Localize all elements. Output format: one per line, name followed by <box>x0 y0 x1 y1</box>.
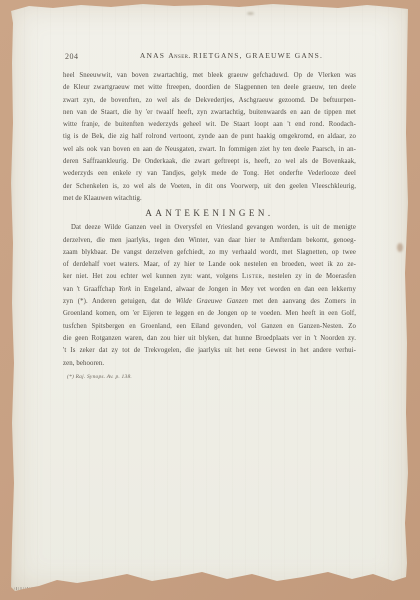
section-heading: AANTEKENINGEN. <box>63 207 356 219</box>
text-line: deren Saffraankleurig. De Onderkaak, die… <box>63 156 356 168</box>
text-line: derzelven, die men jaarlyks, tegen den W… <box>63 235 356 247</box>
text-line: van 't Graaffchap York in Engeland, alwa… <box>63 284 356 296</box>
text-line: Groenland komen, om 'er Eijeren te legge… <box>63 308 356 320</box>
text-line: tusfchen Spitsbergen en Groenland, een E… <box>63 321 356 333</box>
text-line: tig is de Bek, die zig half rolrond vert… <box>63 131 356 143</box>
text-line: nen van de Staart, die hy 'er twaalf hee… <box>63 107 356 119</box>
page-paper: 204 ANAS Anser. RIETGANS, GRAEUWE GANS. … <box>11 3 408 591</box>
text-line: de Kleur zwartgraeuw met witte ftreepen,… <box>63 82 356 94</box>
text-line: zen, behooren. <box>63 358 356 370</box>
scan-edge-marking <box>14 587 92 590</box>
text-line: wel als ook van boven en aan de Neusgate… <box>63 144 356 156</box>
text-line: Dat deeze Wilde Ganzen veel in Overysfel… <box>63 222 356 234</box>
page-number: 204 <box>65 51 79 63</box>
paragraph-description: heel Sneeuwwit, van boven zwartachtig, m… <box>63 70 356 205</box>
text-line: die geen Rotganzen waren, dan zou hier u… <box>63 333 356 345</box>
text-line: 't Is zeker dat zy tot de Trekvogelen, d… <box>63 345 356 357</box>
scan-backdrop: { "colors": {"backdrop": "#c8a184", "pap… <box>0 0 420 600</box>
footnote: (*) Raj. Synops. Av. p. 138. <box>63 374 356 380</box>
text-line: zaam blykbaar. De vangst derzelven gefch… <box>63 247 356 259</box>
text-line: ker niet. Het zou echter wel kunnen zyn:… <box>63 271 356 283</box>
stain-spot <box>247 12 254 15</box>
header-title: ANAS Anser. RIETGANS, GRAEUWE GANS. <box>107 50 356 62</box>
body-text: 204 ANAS Anser. RIETGANS, GRAEUWE GANS. … <box>63 50 356 380</box>
text-line: zwart zyn, de bovenften, zo wel als de D… <box>63 95 356 107</box>
text-line: zyn (*). Anderen getuigen, dat de Wilde … <box>63 296 356 308</box>
stain-spot <box>397 243 403 252</box>
text-line: heel Sneeuwwit, van boven zwartachtig, m… <box>63 70 356 82</box>
text-line: der Schenkelen is, zo wel als de Voeten,… <box>63 181 356 193</box>
text-line: wederzyds een enkele ry van Tandjes, gel… <box>63 168 356 180</box>
text-line: witte franje, de buitenften wederzyds ge… <box>63 119 356 131</box>
text-line: met de Klaauwen witachtig. <box>63 193 356 205</box>
running-header: 204 ANAS Anser. RIETGANS, GRAEUWE GANS. <box>63 50 356 62</box>
paragraph-annotations: Dat deeze Wilde Ganzen veel in Overysfel… <box>63 222 356 370</box>
text-line: of derdehalf voet waters. Maar, of zy hi… <box>63 259 356 271</box>
